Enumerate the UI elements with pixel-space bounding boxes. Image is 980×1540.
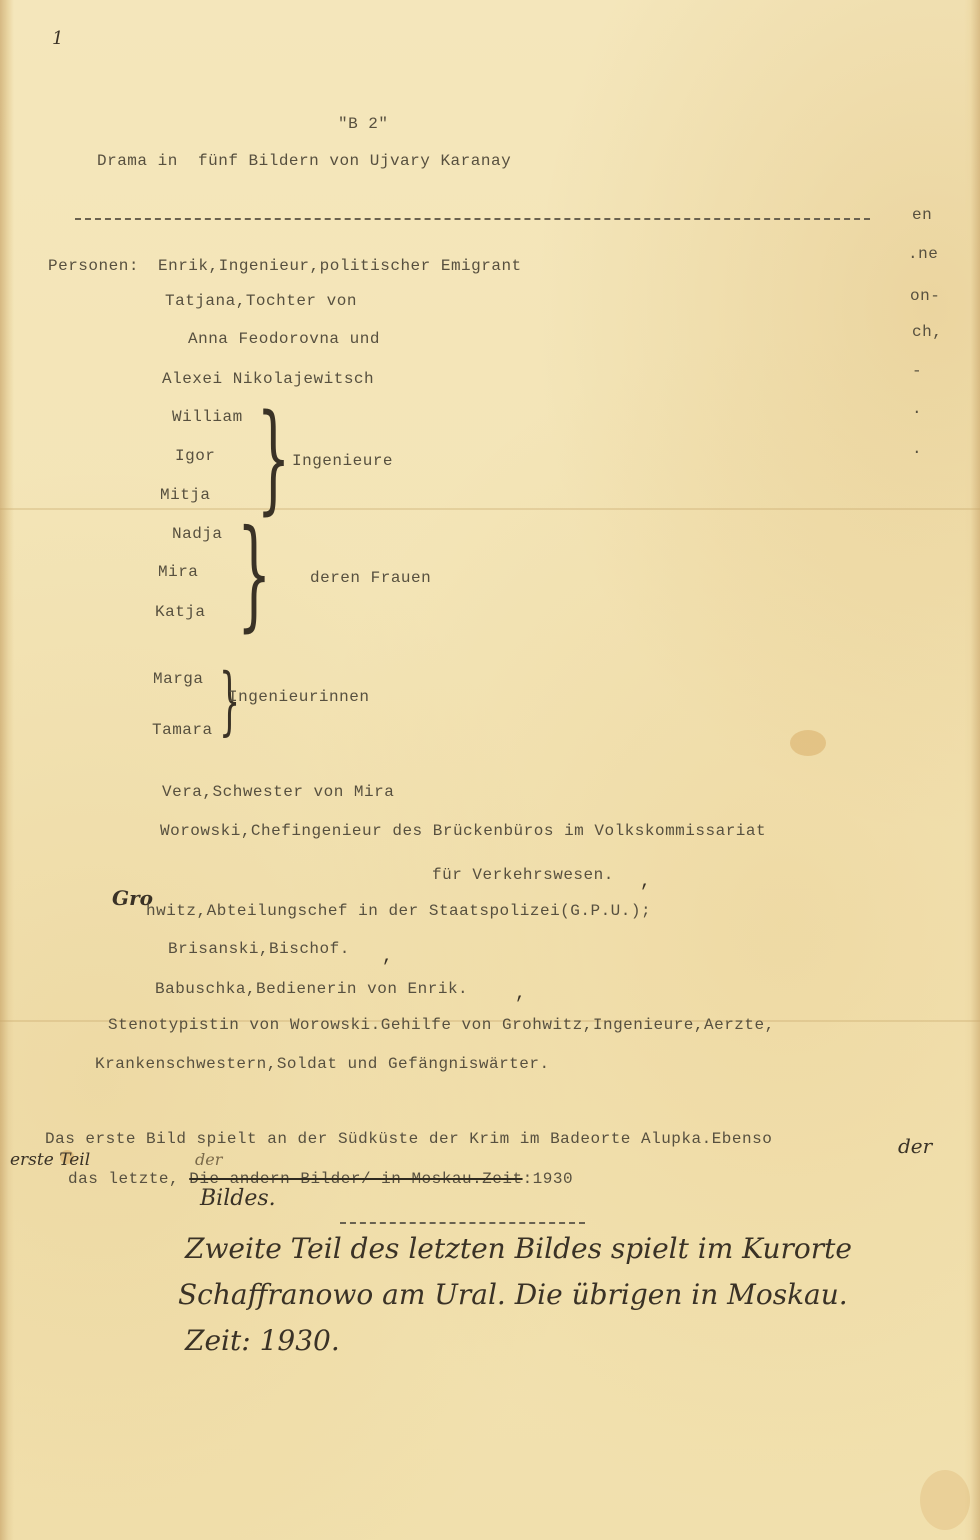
character-william: William xyxy=(172,408,243,426)
stain xyxy=(790,730,826,756)
handwritten-note-line-3: Zeit: 1930. xyxy=(185,1324,340,1357)
character-others-2: Krankenschwestern,Soldat und Gefängniswä… xyxy=(95,1055,550,1073)
separator xyxy=(75,218,870,220)
character-brisanski: Brisanski,Bischof. xyxy=(168,940,350,958)
character-alexei: Alexei Nikolajewitsch xyxy=(162,370,374,388)
setting-line-1: Das erste Bild spielt an der Südküste de… xyxy=(45,1130,772,1148)
character-grohwitz: hwitz,Abteilungschef in der Staatspolize… xyxy=(146,902,651,920)
stain xyxy=(920,1470,970,1530)
character-igor: Igor xyxy=(175,447,215,465)
character-anna: Anna Feodorovna und xyxy=(188,330,380,348)
handwritten-insert: der xyxy=(195,1150,222,1169)
fold-line xyxy=(0,508,980,510)
margin-fragment: on- xyxy=(910,287,940,305)
character-tamara: Tamara xyxy=(152,721,213,739)
character-enrik: Enrik,Ingenieur,politischer Emigrant xyxy=(158,257,522,275)
margin-fragment: . xyxy=(912,440,922,458)
page-number: 1 xyxy=(52,28,63,49)
handwritten-insert: der xyxy=(898,1134,932,1158)
handwritten-insert: Bildes. xyxy=(200,1186,276,1211)
character-mitja: Mitja xyxy=(160,486,211,504)
margin-fragment: .ne xyxy=(908,245,938,263)
margin-fragment: - xyxy=(912,362,922,380)
setting-typed: das letzte xyxy=(68,1170,169,1188)
margin-fragment: en xyxy=(912,206,932,224)
comma-mark: , xyxy=(382,947,393,967)
handwritten-note-line-2: Schaffranowo am Ural. Die übrigen in Mos… xyxy=(178,1278,848,1311)
play-subtitle: Drama in fünf Bildern von Ujvary Karanay xyxy=(97,152,511,170)
setting-line-2: das letzte, Die andern Bilder/ in Moskau… xyxy=(68,1170,573,1188)
separator xyxy=(340,1222,585,1224)
page-edge-left xyxy=(0,0,14,1540)
handwritten-margin-note: erste Teil xyxy=(10,1150,90,1170)
margin-fragment: ch, xyxy=(912,323,942,341)
character-katja: Katja xyxy=(155,603,206,621)
group-label-female-engineers: Ingenieurinnen xyxy=(228,688,369,706)
group-label-engineers: Ingenieure xyxy=(292,452,393,470)
comma-mark: , xyxy=(640,872,651,892)
character-tatjana: Tatjana,Tochter von xyxy=(165,292,357,310)
margin-fragment: . xyxy=(912,400,922,418)
character-worowski-cont: für Verkehrswesen. xyxy=(432,866,614,884)
character-nadja: Nadja xyxy=(172,525,223,543)
handwritten-note-line-1: Zweite Teil des letzten Bildes spielt im… xyxy=(185,1232,852,1265)
page-edge-right xyxy=(964,0,980,1540)
personen-label: Personen: xyxy=(48,257,139,275)
character-marga: Marga xyxy=(153,670,204,688)
play-title: "B 2" xyxy=(338,115,389,133)
brace-icon: } xyxy=(257,398,291,516)
character-mira: Mira xyxy=(158,563,198,581)
character-others-1: Stenotypistin von Worowski.Gehilfe von G… xyxy=(108,1016,775,1034)
document-page: 1 "B 2" Drama in fünf Bildern von Ujvary… xyxy=(0,0,980,1540)
character-worowski: Worowski,Chefingenieur des Brückenbüros … xyxy=(160,822,766,840)
character-vera: Vera,Schwester von Mira xyxy=(162,783,394,801)
brace-icon: } xyxy=(237,515,271,635)
comma-mark: , xyxy=(515,984,526,1004)
group-label-wives: deren Frauen xyxy=(310,569,431,587)
character-babuschka: Babuschka,Bedienerin von Enrik. xyxy=(155,980,468,998)
setting-date: :1930 xyxy=(523,1170,574,1188)
